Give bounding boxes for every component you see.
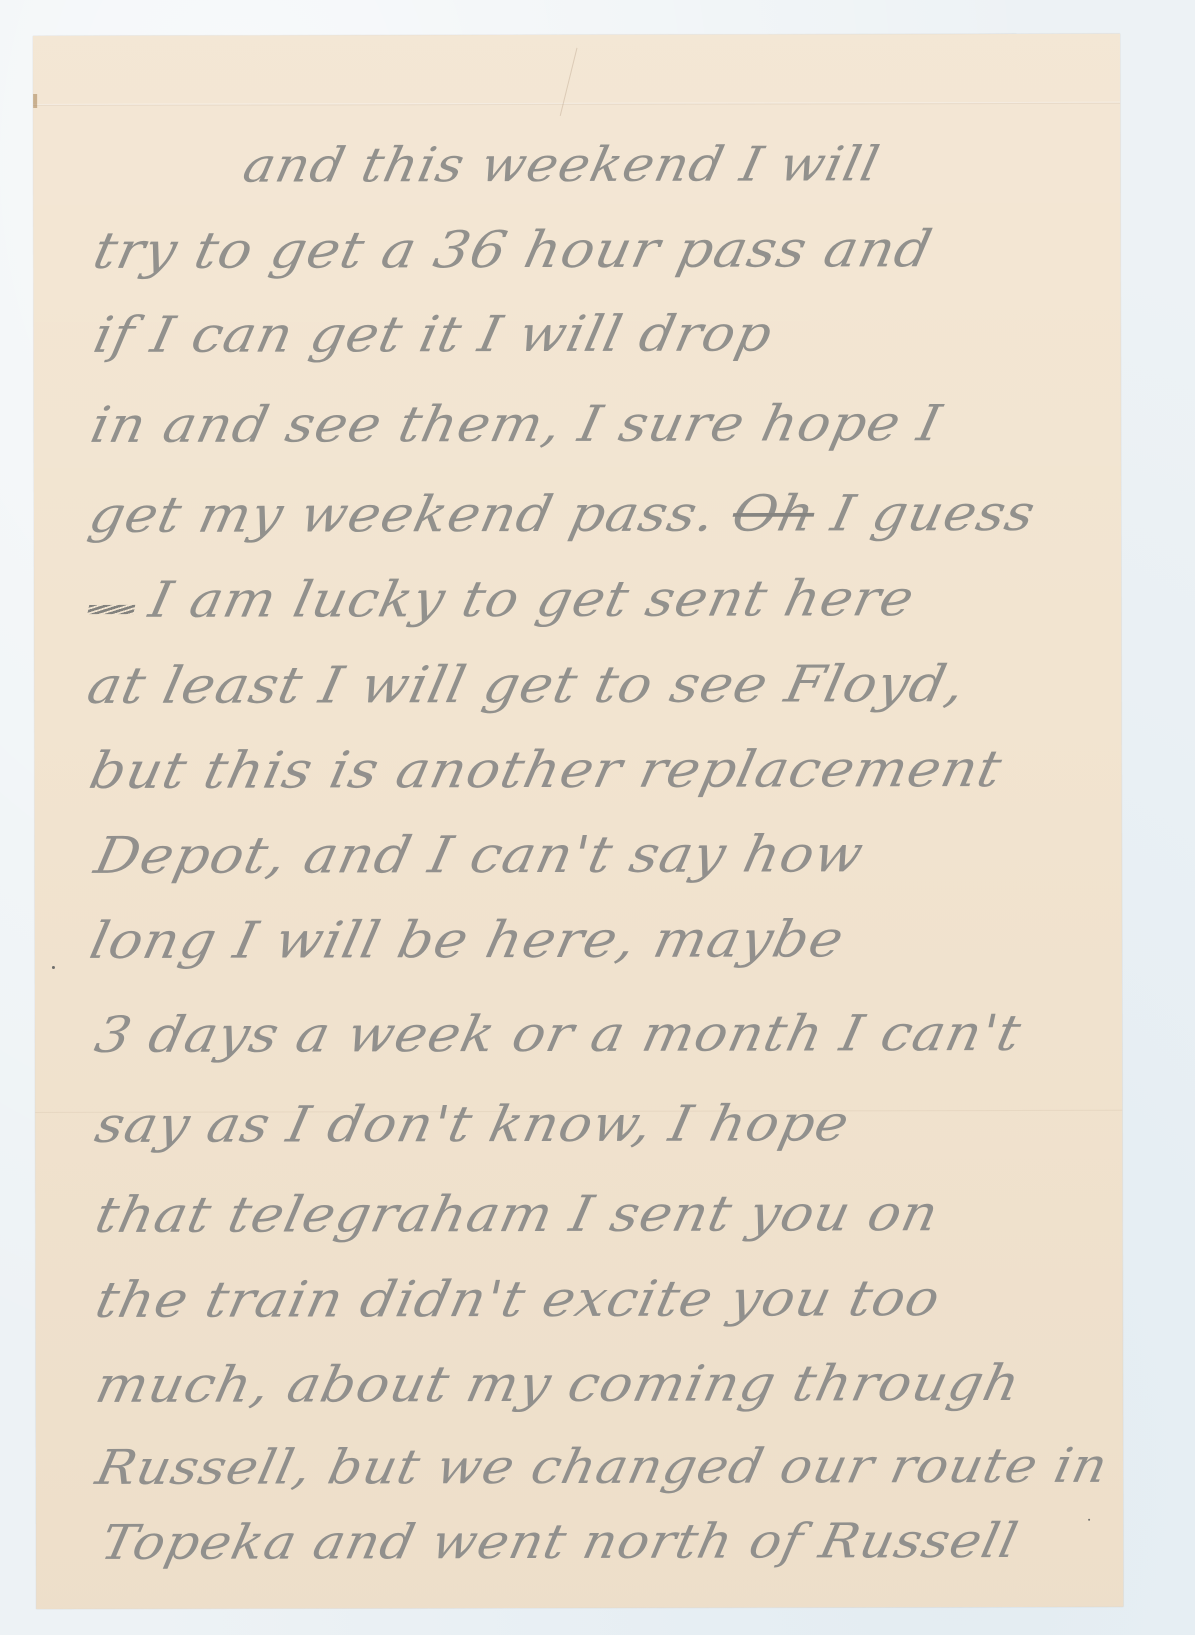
- text-line-5: get my weekend pass. Oh I guess: [84, 484, 1041, 544]
- scribbled-out-mark: [87, 605, 135, 614]
- text-line-14: the train didn't excite you too: [91, 1269, 946, 1329]
- text-line-3: if I can get it I will drop: [89, 304, 778, 363]
- text-line-1: and this weekend I will: [238, 137, 884, 194]
- text-line-6: I am lucky to get sent here: [84, 569, 920, 629]
- text-line-7: at least I will get to see Floyd,: [82, 654, 971, 715]
- handwritten-text-body: and this weekend I will try to get a 36 …: [33, 34, 1123, 1609]
- text-line-11: 3 days a week or a month I can't: [90, 1004, 1026, 1064]
- letter-page: and this weekend I will try to get a 36 …: [33, 34, 1123, 1609]
- text-line-8: but this is another replacement: [85, 739, 1008, 800]
- text-line-5-end: I guess: [808, 484, 1041, 542]
- text-line-4: in and see them, I sure hope I: [86, 394, 947, 454]
- pencil-dot: [1088, 1519, 1090, 1521]
- text-line-2: try to get a 36 hour pass and: [89, 219, 938, 280]
- text-line-6-text: I am lucky to get sent here: [144, 569, 920, 629]
- text-line-12: say as I don't know, I hope: [90, 1094, 854, 1154]
- text-line-13: that telegraham I sent you on: [91, 1184, 945, 1244]
- text-line-9: Depot, and I can't say how: [90, 824, 869, 885]
- pencil-dot: [52, 966, 55, 969]
- text-line-10: long I will be here, maybe: [85, 909, 850, 969]
- struck-out-word: Oh: [727, 484, 820, 542]
- text-line-17: Topeka and went north of Russell: [96, 1514, 1023, 1571]
- text-line-15: much, about my coming through: [91, 1354, 1026, 1414]
- text-line-16: Russell, but we changed our route in: [91, 1439, 1113, 1496]
- text-line-5-start: get my weekend pass.: [84, 485, 739, 544]
